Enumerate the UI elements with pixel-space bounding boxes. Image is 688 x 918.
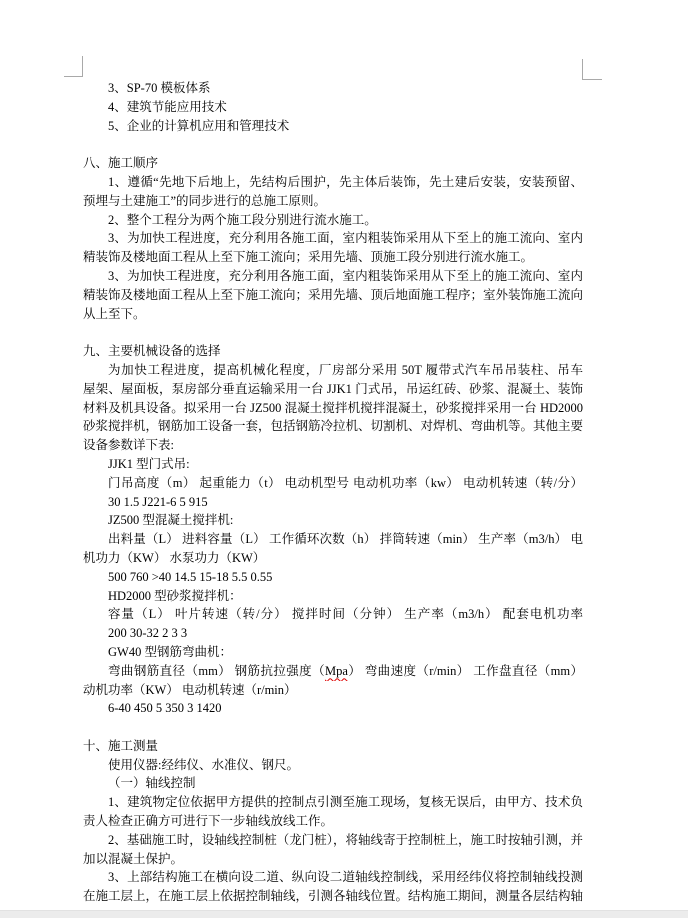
text-line: 使用仪器:经纬仪、水准仪、钢尺。 [83, 756, 583, 775]
text-line: 机功力（KW） 水泵功力（KW） [83, 549, 583, 568]
text-line: 3、为加快工程进度，充分利用各施工面，室内粗装饰采用从下至上的施工流向、室内 [83, 267, 583, 286]
spellcheck-underlined-word: Mpa [325, 664, 348, 678]
text-line: 材料及机具设备。拟采用一台 JZ500 混凝土搅拌机搅拌混凝土，砂浆搅拌采用一台… [83, 399, 583, 418]
blank-line [83, 323, 583, 342]
text-line: 500 760 >40 14.5 15-18 5.5 0.55 [83, 568, 583, 587]
text-line: 2、基础施工时，设轴线控制桩（龙门桩），将轴线寄于控制桩上，施工时按轴引测，并 [83, 831, 583, 850]
text-line: JJK1 型门式吊: [83, 455, 583, 474]
page-bottom-strip [0, 910, 688, 918]
text-line: 屋架、屋面板，泵房部分垂直运输采用一台 JJK1 门式吊，吊运红砖、砂浆、混凝土… [83, 380, 583, 399]
text-line: 砂浆搅拌机，钢筋加工设备一套，包括钢筋冷拉机、切割机、对焊机、弯曲机等。其他主要 [83, 417, 583, 436]
crop-mark-top-right [582, 59, 602, 80]
text-line: 精装饰及楼地面工程从上至下施工流向；采用先墙、顶后地面施工程序；室外装饰施工流向 [83, 286, 583, 305]
text-line: 30 1.5 J221-6 5 915 [83, 493, 583, 512]
text-line: 5、企业的计算机应用和管理技术 [83, 117, 583, 136]
text-line: 预埋与土建施工”的同步进行的总施工原则。 [83, 192, 583, 211]
text-line: GW40 型钢筋弯曲机： [83, 643, 583, 662]
text-line: 责人检查正确方可进行下一步轴线放线工作。 [83, 812, 583, 831]
text-line: 1、建筑物定位依据甲方提供的控制点引测至施工现场，复核无误后，由甲方、技术负 [83, 793, 583, 812]
document-body: 3、SP-70 模板体系4、建筑节能应用技术5、企业的计算机应用和管理技术 八、… [83, 79, 583, 906]
text-line: HD2000 型砂浆搅拌机： [83, 587, 583, 606]
text-line: 九、主要机械设备的选择 [83, 342, 583, 361]
text-line: 200 30-32 2 3 3 [83, 624, 583, 643]
text-line: 十、施工测量 [83, 737, 583, 756]
text-line: JZ500 型混凝土搅拌机: [83, 511, 583, 530]
text-line: 在施工层上，在施工层上依据控制轴线，引测各轴线位置。结构施工期间，测量各层结构轴 [83, 887, 583, 906]
text-line: 出料量（L） 进料容量（L） 工作循环次数（h） 拌筒转速（min） 生产率（m… [83, 530, 583, 549]
blank-line [83, 135, 583, 154]
text-line: 6-40 450 5 350 3 1420 [83, 699, 583, 718]
text-line: 精装饰及楼地面工程从上至下施工流向；采用先墙、顶施工段分别进行流水施工。 [83, 248, 583, 267]
text-line: 3、SP-70 模板体系 [83, 79, 583, 98]
text-line: 设备参数详下表: [83, 436, 583, 455]
text-line: 从上至下。 [83, 305, 583, 324]
text-line: 4、建筑节能应用技术 [83, 98, 583, 117]
text-line: 为加快工程进度，提高机械化程度，厂房部分采用 50T 履带式汽车吊吊装柱、吊车梁… [83, 361, 583, 380]
text-line: （一）轴线控制 [83, 774, 583, 793]
text-line: 加以混凝土保护。 [83, 850, 583, 869]
blank-line [83, 718, 583, 737]
crop-mark-top-left [64, 56, 83, 77]
text-line: 动机功率（KW） 电动机转速（r/min） [83, 681, 583, 700]
text-line: 门吊高度（m） 起重能力（t） 电动机型号 电动机功率（kw） 电动机转速（转/… [83, 474, 583, 493]
text-line: 1、遵循“先地下后地上，先结构后围护，先主体后装饰，先土建后安装，安装预留、 [83, 173, 583, 192]
text-line: 3、上部结构施工在横向设二道、纵向设二道轴线控制线，采用经纬仪将控制轴线投测 [83, 868, 583, 887]
text-line: 2、整个工程分为两个施工段分别进行流水施工。 [83, 211, 583, 230]
text-line: 八、施工顺序 [83, 154, 583, 173]
text-line: 容量（L） 叶片转速（转/分） 搅拌时间（分钟） 生产率（m3/h） 配套电机功… [83, 605, 583, 624]
text-line: 3、为加快工程进度，充分利用各施工面，室内粗装饰采用从下至上的施工流向、室内 [83, 229, 583, 248]
text-line: 弯曲钢筋直径（mm） 钢筋抗拉强度（Mpa） 弯曲速度（r/min） 工作盘直径… [83, 662, 583, 681]
document-page: 3、SP-70 模板体系4、建筑节能应用技术5、企业的计算机应用和管理技术 八、… [0, 0, 688, 918]
